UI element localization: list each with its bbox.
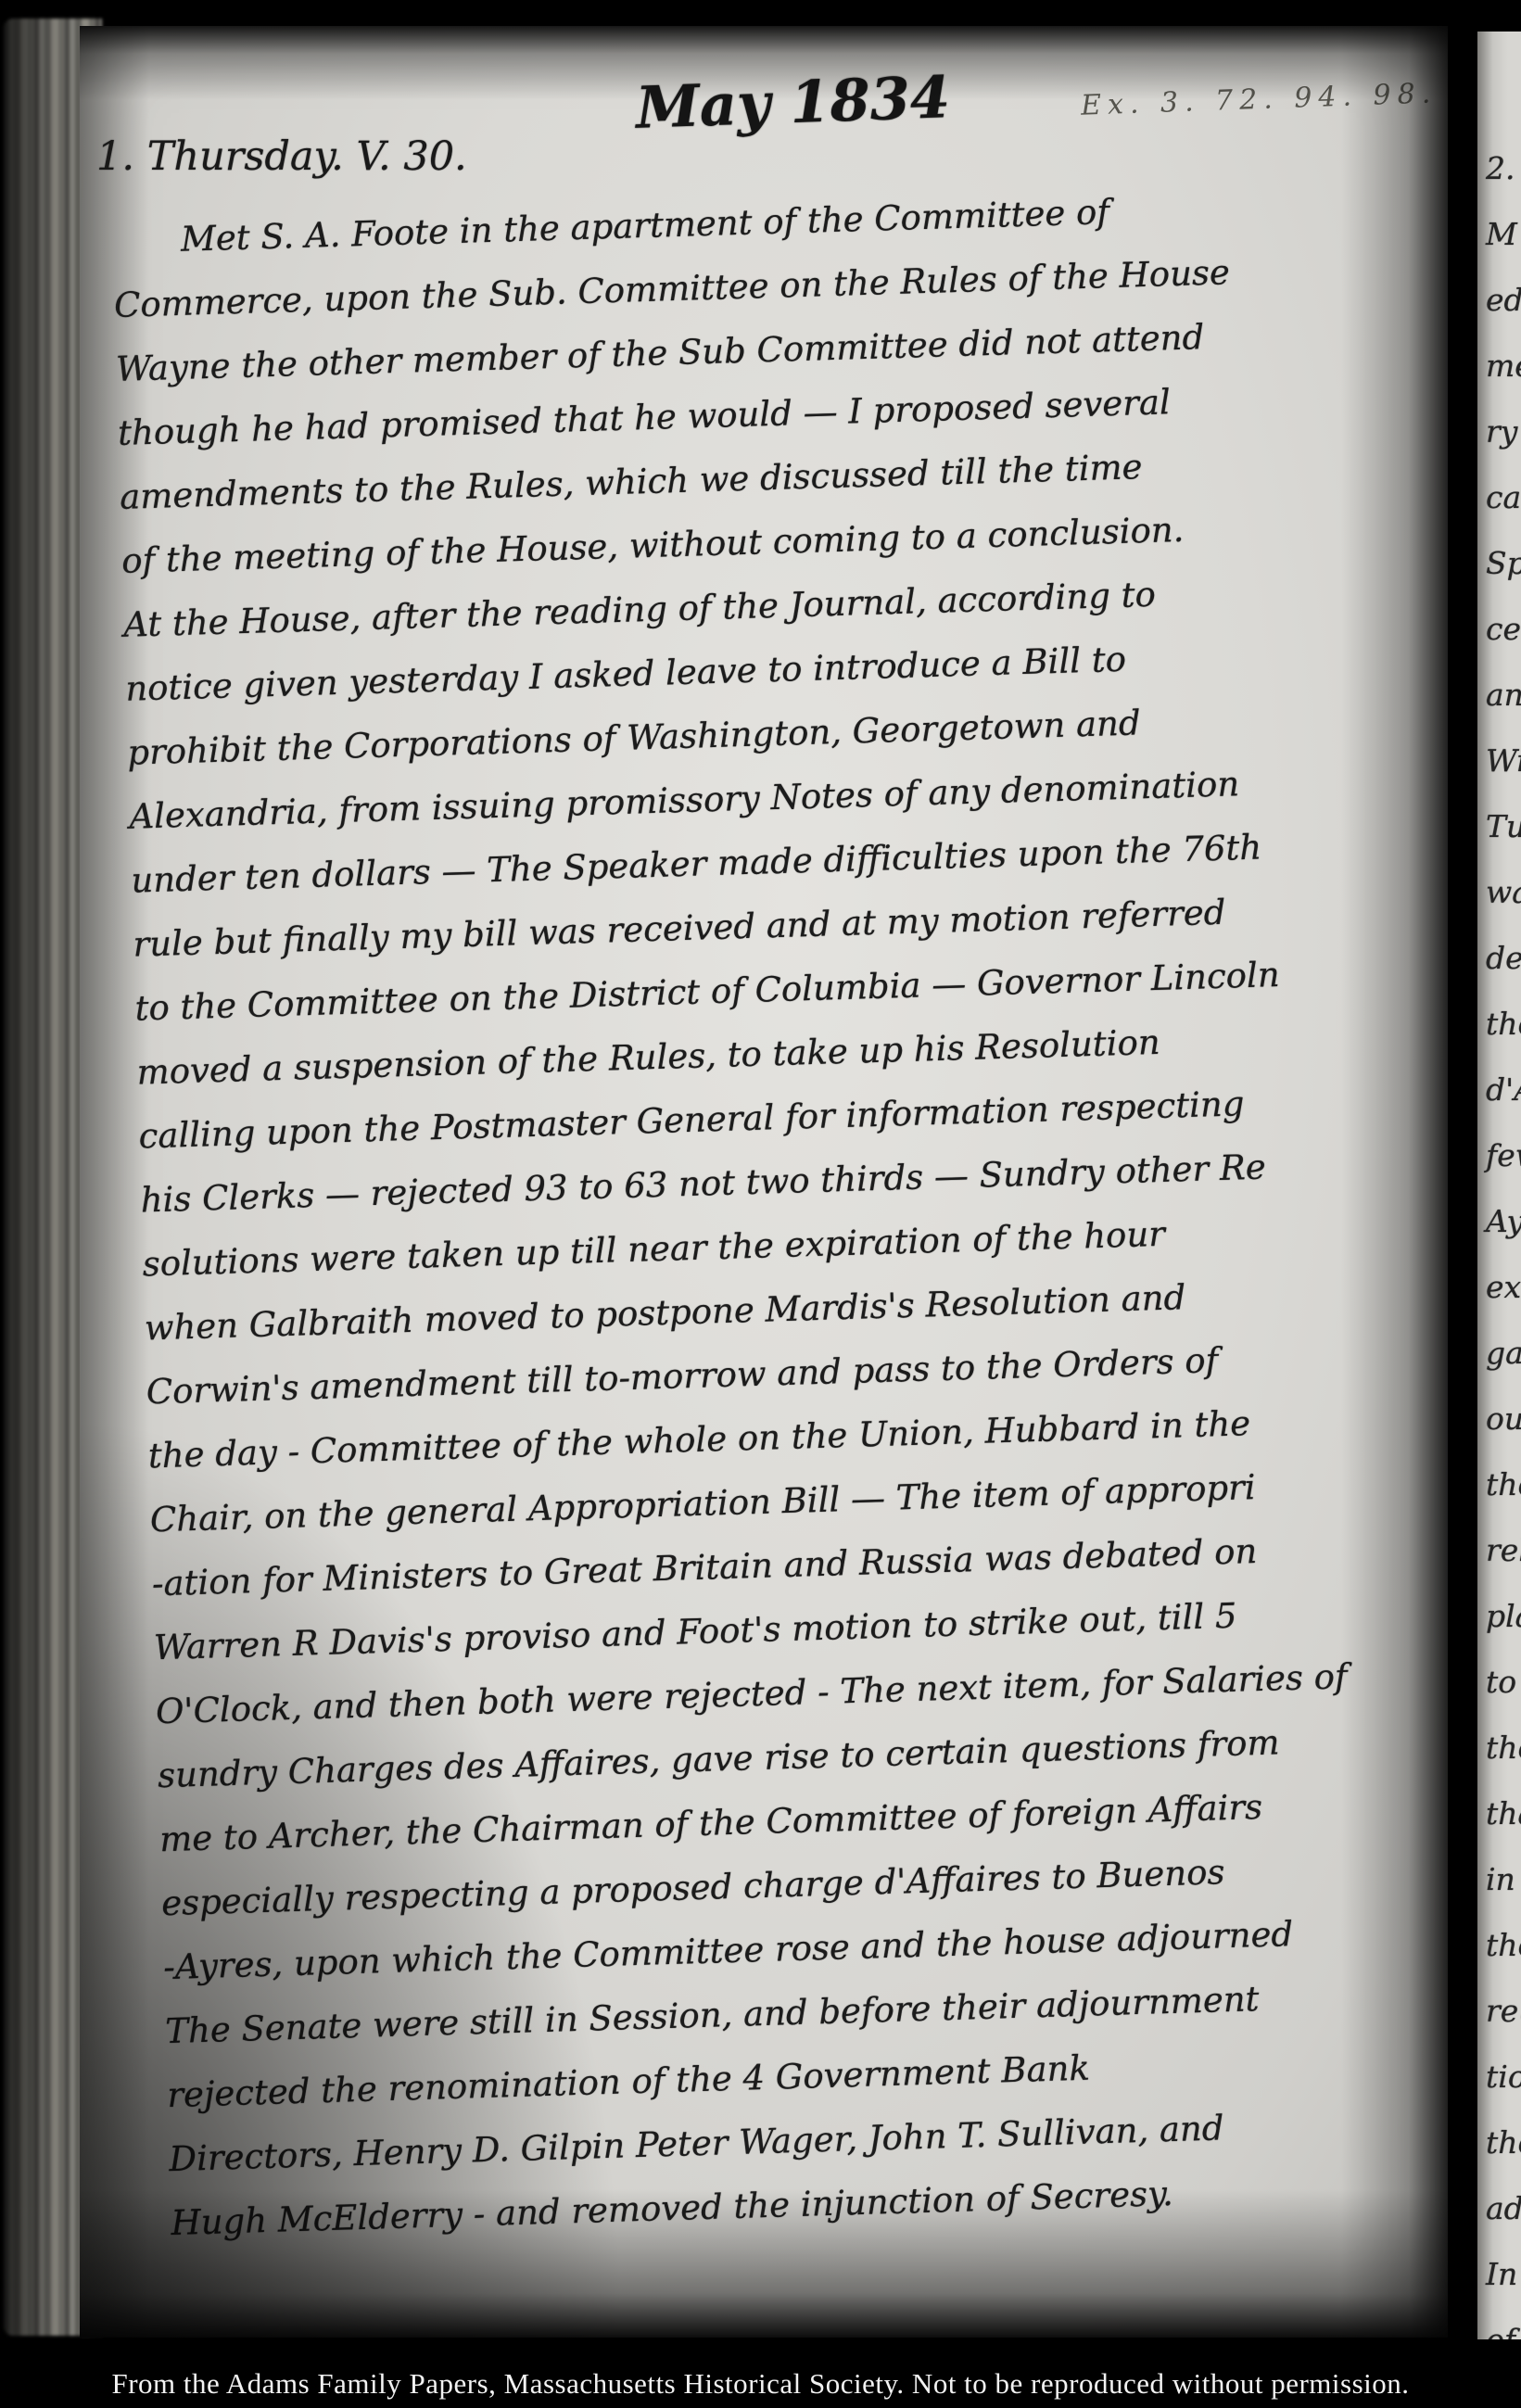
facing-page-fragment: in th: [1486, 1846, 1521, 1912]
facing-page-fragment: gav: [1486, 1320, 1521, 1386]
facing-page-fragment: d'A: [1486, 1057, 1521, 1122]
month-year-heading: May 1834: [635, 63, 951, 142]
facing-page-fragment: tions: [1486, 2044, 1521, 2110]
facing-page-fragment: 2. V: [1486, 135, 1521, 201]
facing-page-fragment: that: [1486, 1781, 1521, 1846]
facing-page-fragment: requ: [1486, 1978, 1521, 2044]
entry-date-heading: 1. Thursday. V. 30.: [96, 133, 467, 180]
facing-page-fragment: exp: [1486, 1254, 1521, 1320]
facing-page-fragment: cert: [1486, 596, 1521, 662]
facing-page-fragment: me: [1486, 333, 1521, 399]
facing-page-lines: 2. VMedmerycauSpocertandWilTuewadebthed'…: [1486, 135, 1521, 2339]
archival-pencil-note: Ex. 3. 72. 94. 98.: [1081, 77, 1438, 121]
facing-page-fragment: wa: [1486, 859, 1521, 925]
facing-page-fragment: out: [1486, 1386, 1521, 1451]
facing-page-fragment: the: [1486, 991, 1521, 1057]
facing-page-fragment: the C: [1486, 1715, 1521, 1781]
facing-page-strip: 2. VMedmerycauSpocertandWilTuewadebthed'…: [1477, 32, 1521, 2339]
caption-text: From the Adams Family Papers, Massachuse…: [111, 2367, 1409, 2401]
facing-page-fragment: the: [1486, 1451, 1521, 1517]
facing-page-fragment: and: [1486, 662, 1521, 728]
facing-page-fragment: ry: [1486, 399, 1521, 464]
facing-page-fragment: reh: [1486, 1517, 1521, 1583]
facing-page-fragment: few: [1486, 1122, 1521, 1188]
facing-page-fragment: ther: [1486, 2110, 1521, 2175]
facing-page-fragment: Spo: [1486, 530, 1521, 596]
facing-page-fragment: to co: [1486, 1649, 1521, 1715]
facing-page-fragment: ed: [1486, 267, 1521, 333]
facing-page-fragment: ado: [1486, 2175, 1521, 2241]
facing-page-fragment: Tue: [1486, 793, 1521, 859]
facing-page-fragment: then: [1486, 1912, 1521, 1978]
facing-page-fragment: Wil: [1486, 728, 1521, 793]
manuscript-scan: May 1834 Ex. 3. 72. 94. 98. 1. Thursday.…: [0, 0, 1521, 2408]
diary-page: May 1834 Ex. 3. 72. 94. 98. 1. Thursday.…: [80, 26, 1448, 2338]
facing-page-fragment: M: [1486, 201, 1521, 267]
facing-page-fragment: of N: [1486, 2307, 1521, 2339]
facing-page-fragment: Ayr: [1486, 1188, 1521, 1254]
facing-page-fragment: cau: [1486, 464, 1521, 530]
entry-body: Met S. A. Foote in the apartment of the …: [111, 171, 1448, 2255]
facing-page-fragment: In th: [1486, 2241, 1521, 2307]
facing-page-fragment: deb: [1486, 925, 1521, 991]
caption-bar: From the Adams Family Papers, Massachuse…: [0, 2360, 1521, 2408]
facing-page-fragment: pla: [1486, 1583, 1521, 1649]
